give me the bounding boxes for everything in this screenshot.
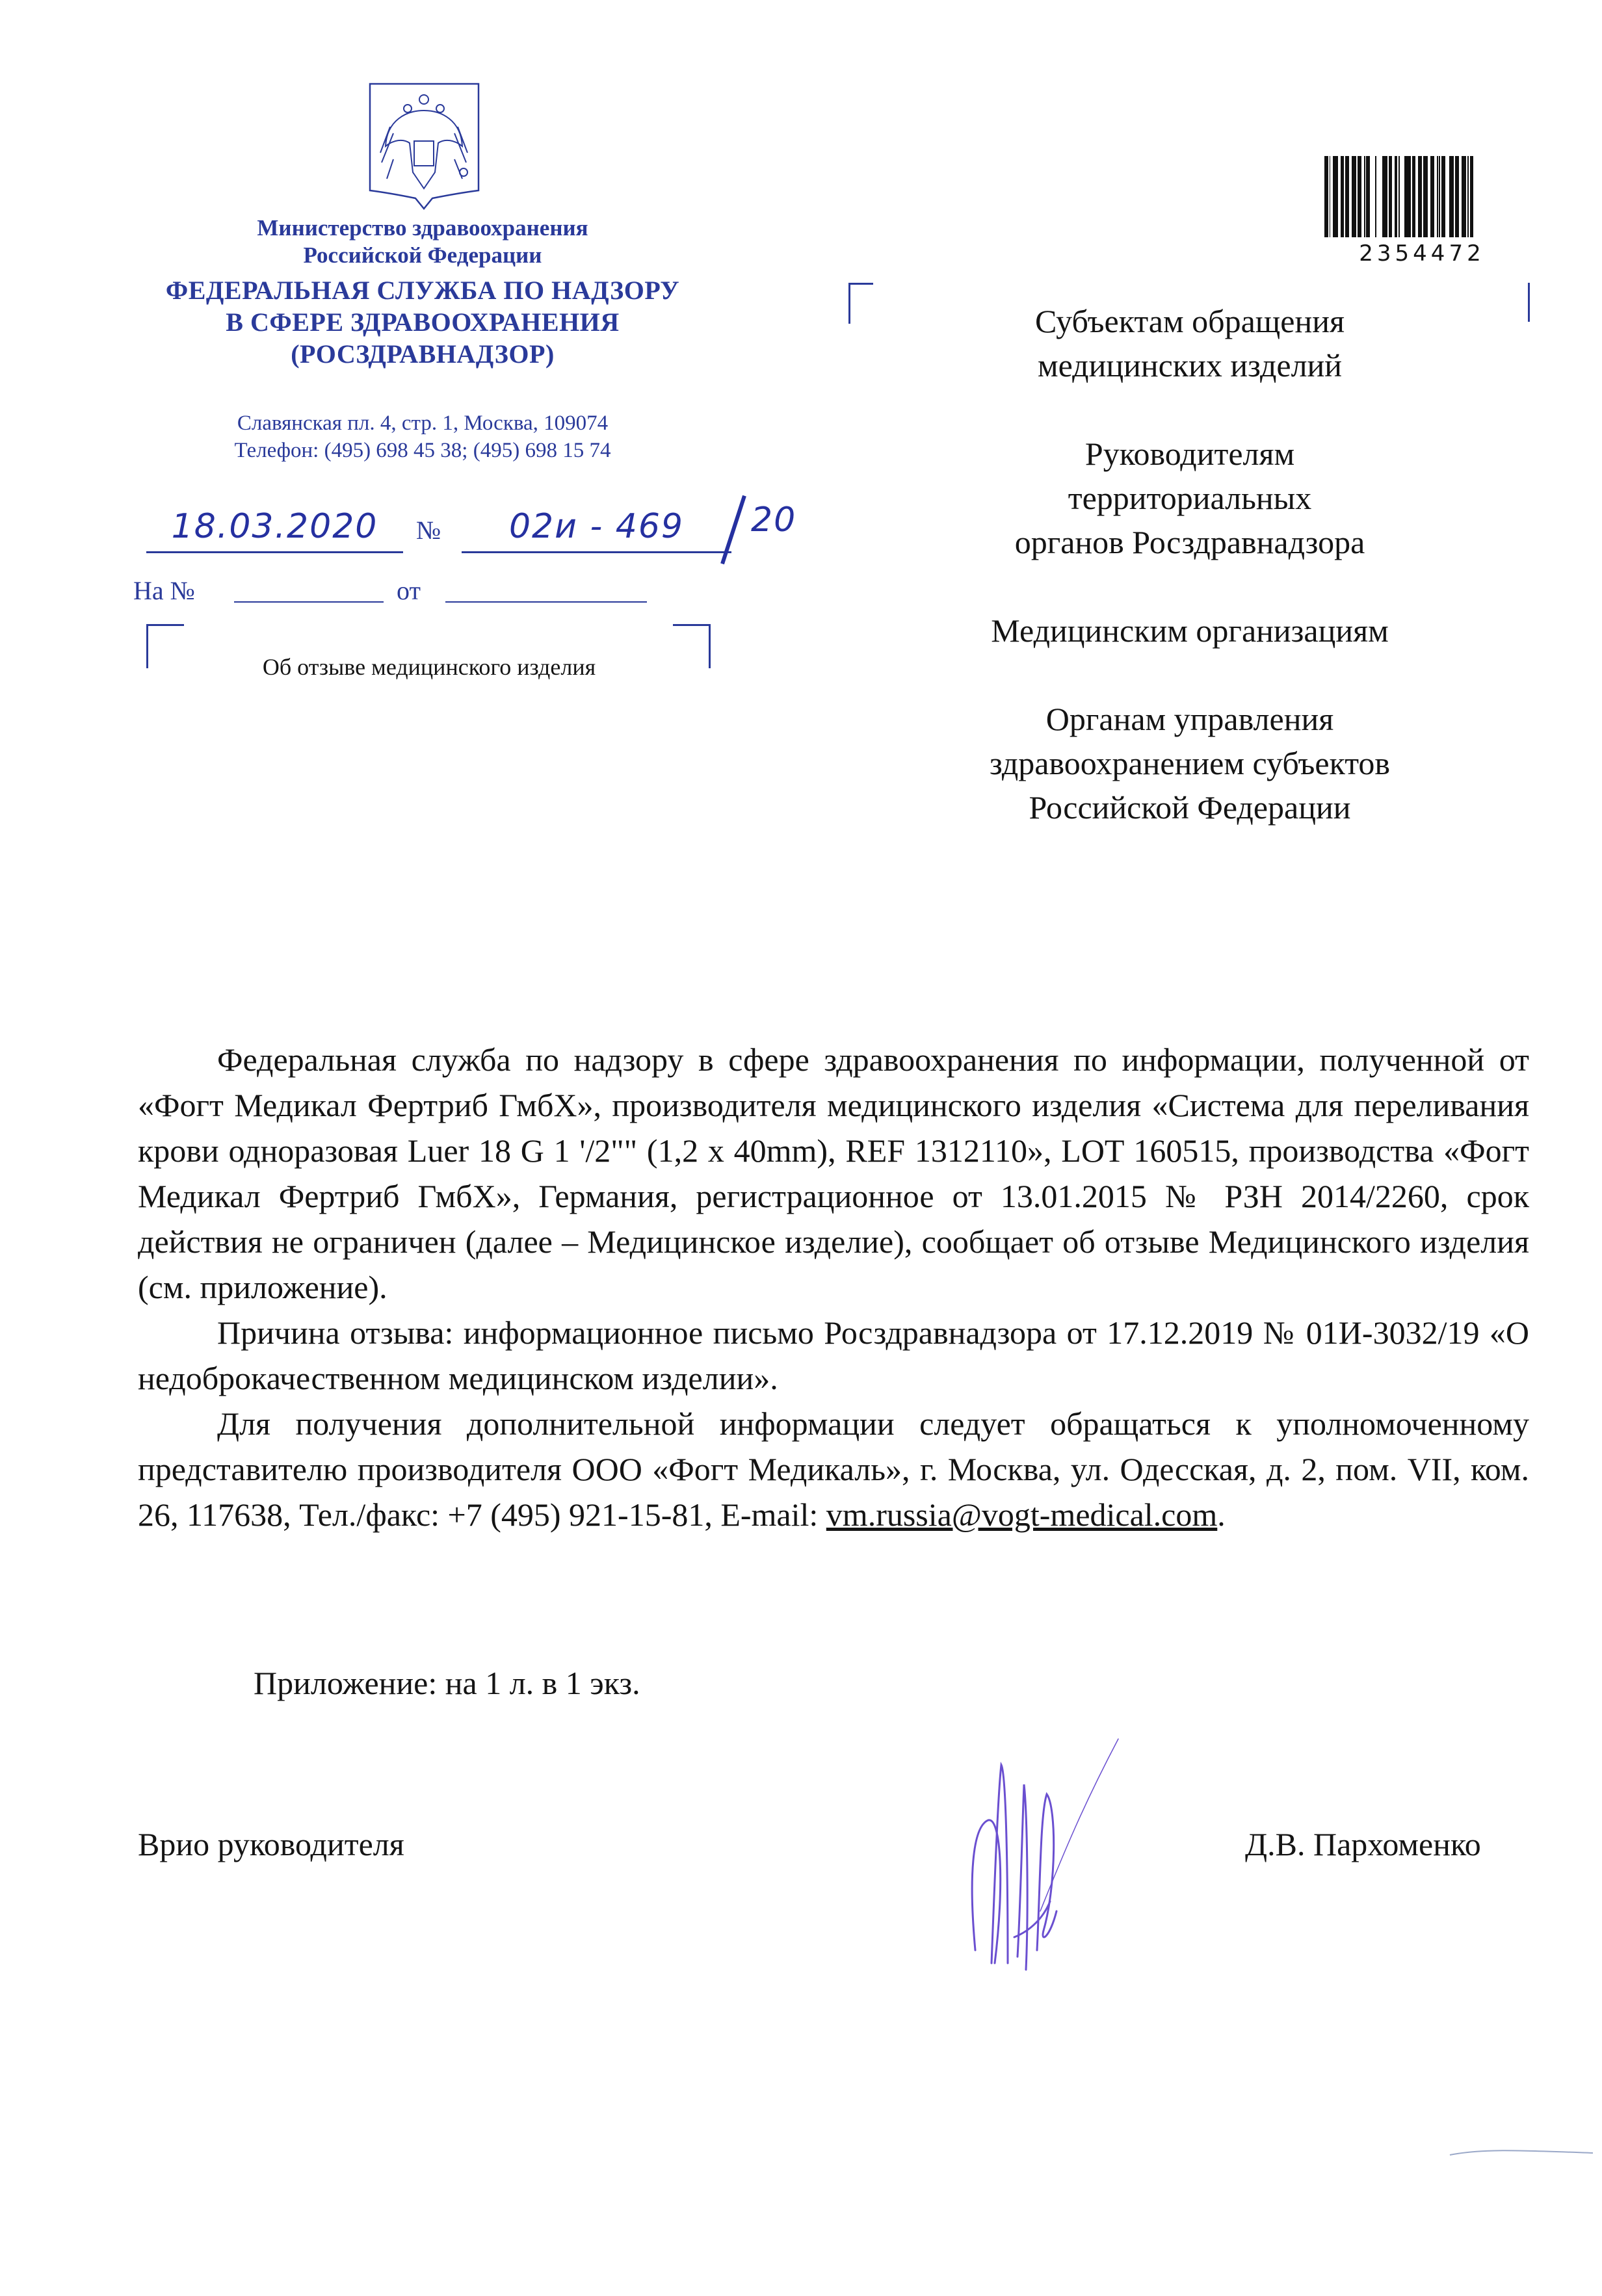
reply-number-field	[234, 601, 384, 603]
addressee-4: Органам управления здравоохранением субъ…	[884, 697, 1495, 829]
registration-line: 18.03.2020 № 02и - 469 20	[133, 507, 718, 559]
addressee-line: здравоохранением субъектов	[884, 741, 1495, 785]
signer-title: Врио руководителя	[138, 1825, 404, 1863]
reply-from-label: от	[397, 575, 421, 606]
ministry-name: Министерство здравоохранения Российской …	[156, 215, 689, 269]
registration-date: 18.03.2020	[146, 507, 403, 553]
letter-body: Федеральная служба по надзору в сфере зд…	[138, 1037, 1529, 1537]
addressee-bracket-right	[1502, 283, 1530, 322]
reply-date-field	[445, 601, 647, 603]
addressee-line: Руководителям	[884, 432, 1495, 476]
addressee-line: медицинских изделий	[884, 343, 1495, 387]
agency-name: ФЕДЕРАЛЬНАЯ СЛУЖБА ПО НАДЗОРУ В СФЕРЕ ЗД…	[130, 274, 715, 370]
period: .	[1217, 1496, 1226, 1533]
addressee-line: Субъектам обращения	[884, 299, 1495, 343]
barcode	[1324, 156, 1519, 237]
addressee-1: Субъектам обращения медицинских изделий	[884, 299, 1495, 387]
number-sign: №	[416, 515, 441, 545]
addressees: Субъектам обращения медицинских изделий …	[884, 299, 1495, 874]
subject-line: Об отзыве медицинского изделия	[182, 653, 676, 681]
addressee-line: Российской Федерации	[884, 785, 1495, 829]
barcode-number: 2354472	[1324, 241, 1519, 267]
agency-line-2: В СФЕРЕ ЗДРАВООХРАНЕНИЯ	[130, 306, 715, 338]
subject-bracket-right	[673, 624, 711, 668]
addressee-3: Медицинским организациям	[884, 608, 1495, 653]
ministry-line-2: Российской Федерации	[156, 242, 689, 269]
addressee-line: Медицинским организациям	[884, 608, 1495, 653]
ministry-line-1: Министерство здравоохранения	[156, 215, 689, 242]
handwritten-signature-icon	[910, 1716, 1144, 1976]
registration-number: 02и - 469	[462, 507, 731, 553]
addressee-line: территориальных	[884, 476, 1495, 520]
subject-bracket-left	[146, 624, 184, 668]
agency-address: Славянская пл. 4, стр. 1, Москва, 109074	[156, 410, 689, 437]
coat-of-arms-icon	[367, 81, 481, 211]
body-paragraph-2: Причина отзыва: информационное письмо Ро…	[138, 1310, 1529, 1401]
addressee-line: Органам управления	[884, 697, 1495, 741]
addressee-line: органов Росздравнадзора	[884, 520, 1495, 564]
agency-line-1: ФЕДЕРАЛЬНАЯ СЛУЖБА ПО НАДЗОРУ	[130, 274, 715, 306]
email-link[interactable]: vm.russia@vogt-medical.com	[826, 1496, 1217, 1533]
reply-reference-line: На № от	[133, 572, 718, 611]
attachment-note: Приложение: на 1 л. в 1 экз.	[254, 1664, 640, 1702]
addressee-2: Руководителям территориальных органов Ро…	[884, 432, 1495, 564]
body-paragraph-3: Для получения дополнительной информации …	[138, 1401, 1529, 1537]
addressee-bracket-left	[848, 283, 873, 324]
body-paragraph-1: Федеральная служба по надзору в сфере зд…	[138, 1037, 1529, 1310]
signer-name: Д.В. Пархоменко	[1245, 1825, 1481, 1863]
agency-phone: Телефон: (495) 698 45 38; (495) 698 15 7…	[156, 437, 689, 464]
registration-year: 20	[751, 501, 796, 540]
reply-number-label: На №	[133, 575, 195, 606]
agency-line-3: (РОСЗДРАВНАДЗОР)	[130, 338, 715, 370]
margin-mark	[1443, 2139, 1599, 2165]
agency-contacts: Славянская пл. 4, стр. 1, Москва, 109074…	[156, 410, 689, 464]
